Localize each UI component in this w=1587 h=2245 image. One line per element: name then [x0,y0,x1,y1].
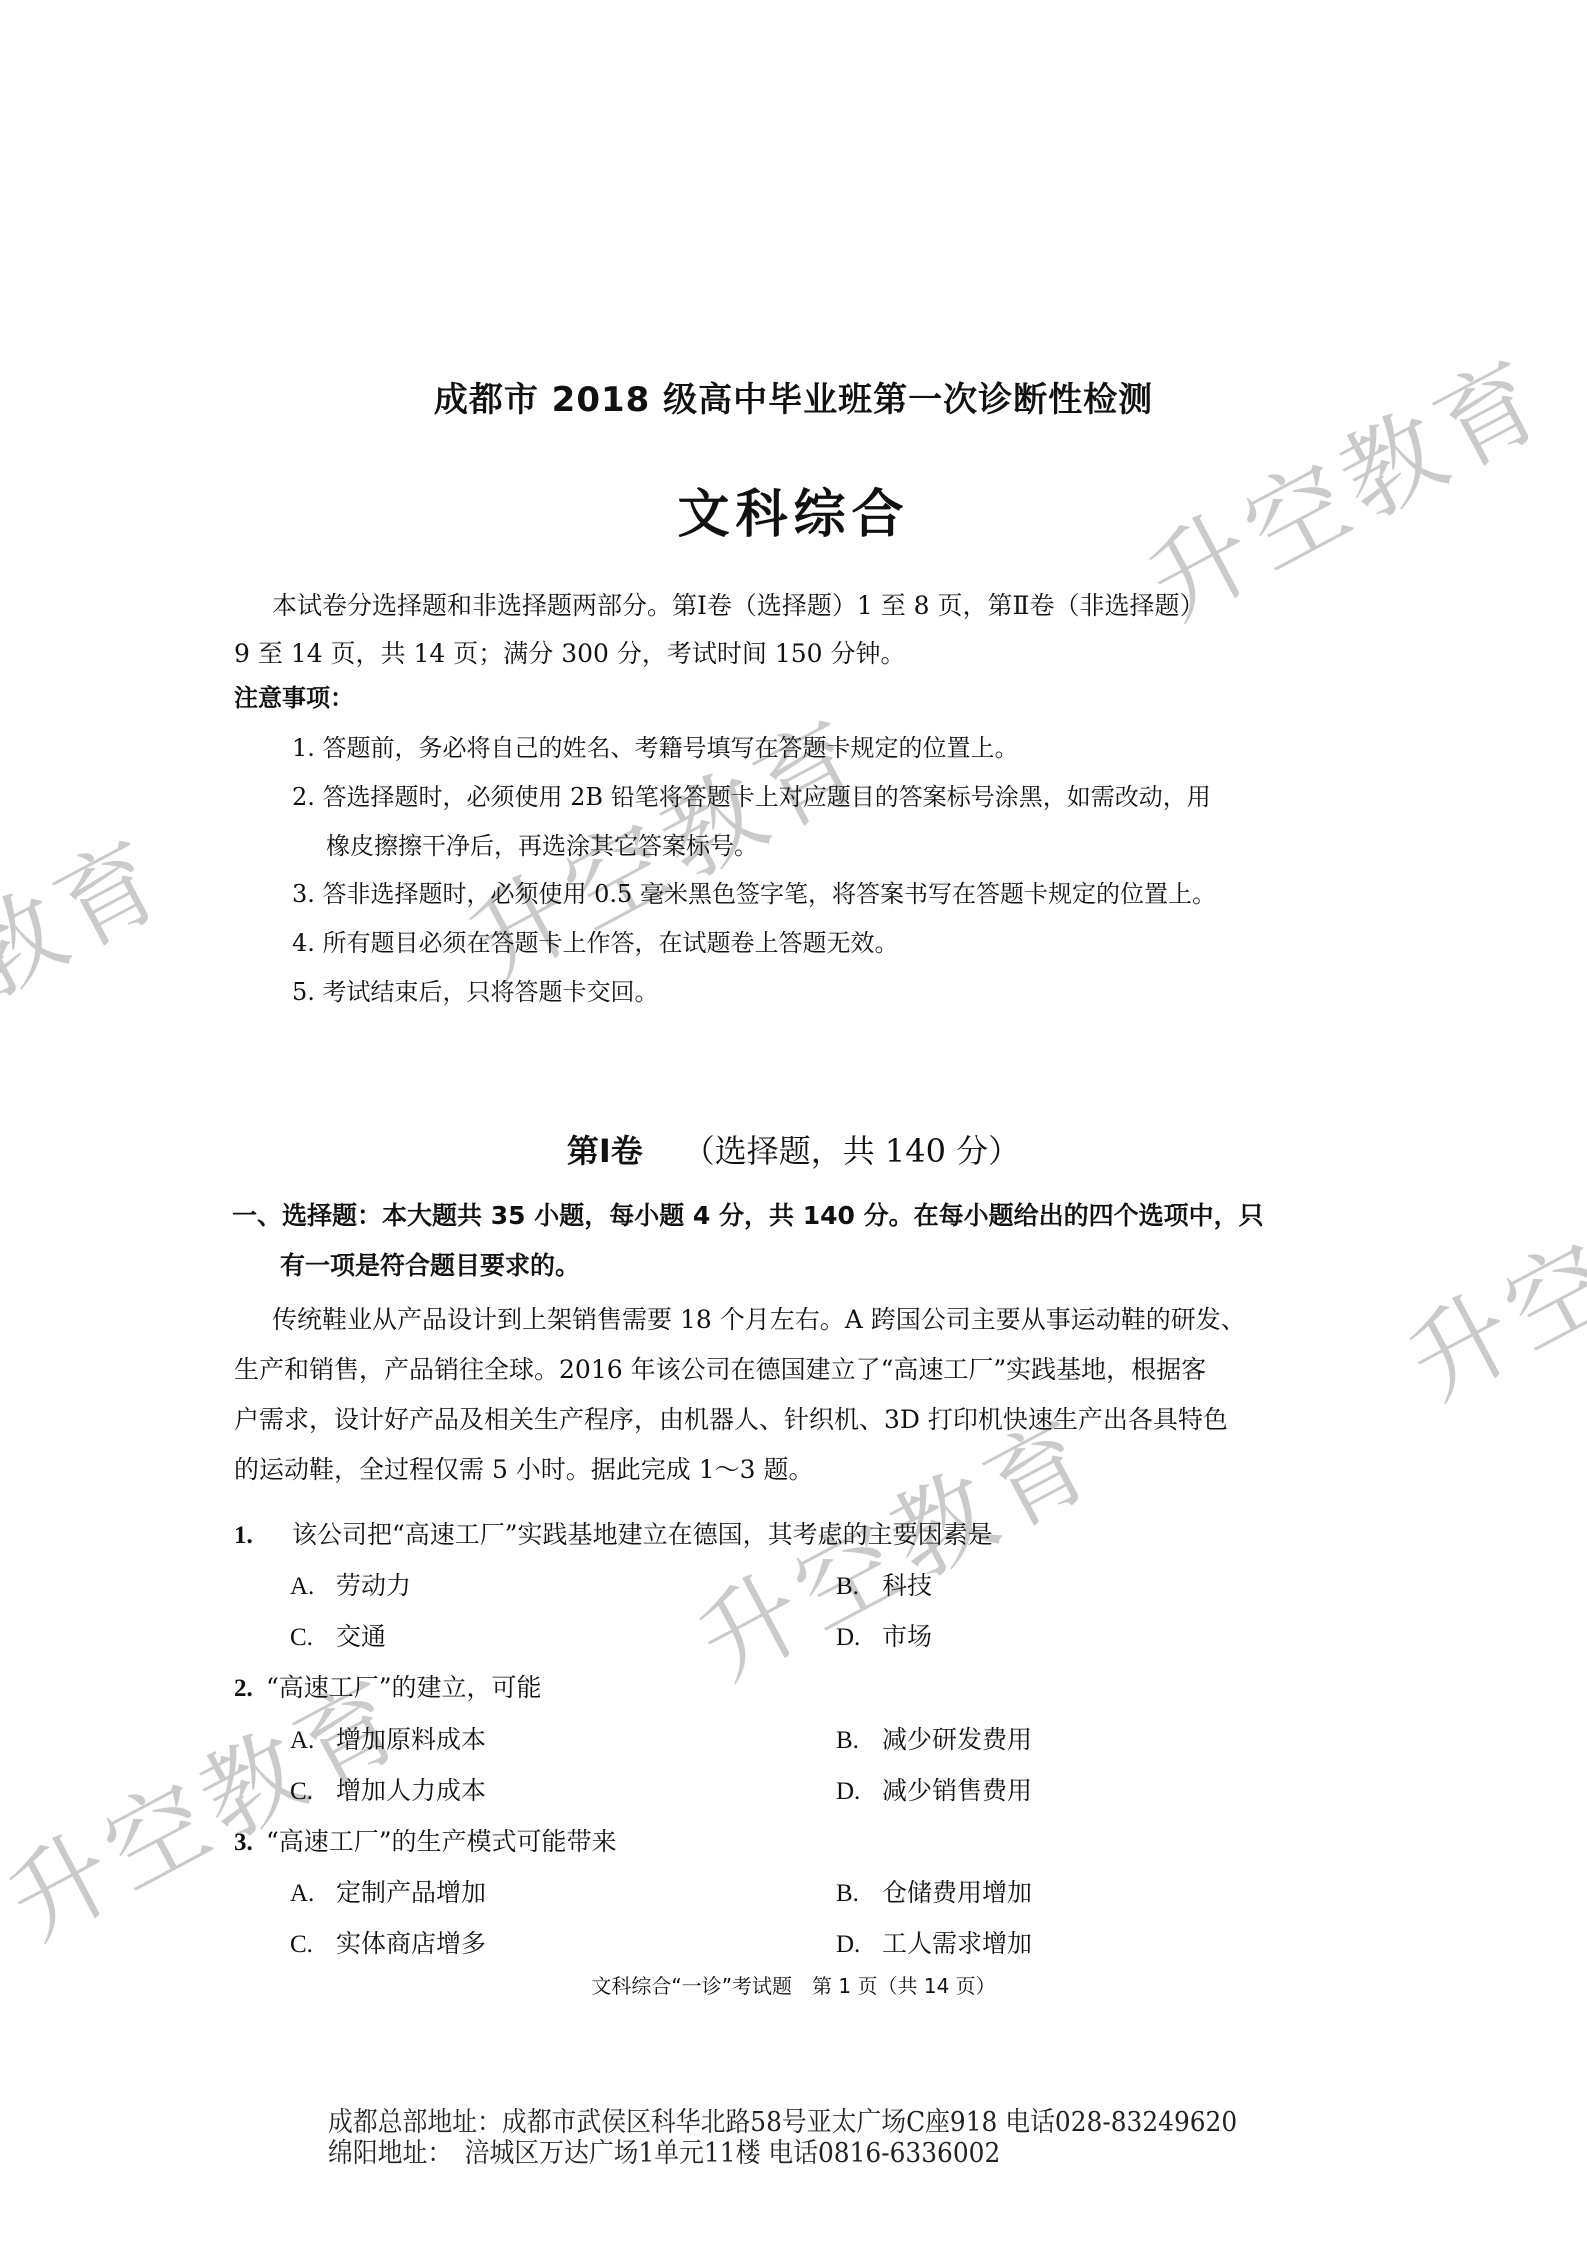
option-label: A. [290,1573,336,1601]
option-text: 增加人力成本 [336,1776,486,1805]
question-number: 3. [234,1829,266,1857]
option-label: C. [290,1931,336,1959]
option-text: 减少销售费用 [882,1776,1032,1805]
passage-line: 的运动鞋，全过程仅需 5 小时。据此完成 1～3 题。 [234,1450,814,1486]
option-label: A. [290,1727,336,1755]
question-1: 1.该公司把“高速工厂”实践基地建立在德国，其考虑的主要因素是 [234,1515,993,1551]
option-label: C. [290,1624,336,1652]
option-b[interactable]: B.减少研发费用 [836,1720,1032,1756]
exam-title: 文科综合 [0,472,1587,547]
notice-item: 5. 考试结束后，只将答题卡交回。 [292,972,659,1007]
notice-heading: 注意事项： [234,678,354,713]
passage-line: 生产和销售，产品销往全球。2016 年该公司在德国建立了“高速工厂”实践基地，根… [234,1350,1206,1386]
notice-item: 2. 答选择题时，必须使用 2B 铅笔将答题卡上对应题目的答案标号涂黑，如需改动… [292,777,1211,812]
option-label: D. [836,1778,882,1806]
exam-subtitle: 成都市 2018 级高中毕业班第一次诊断性检测 [0,372,1587,421]
option-text: 实体商店增多 [336,1929,486,1958]
option-label: C. [290,1778,336,1806]
section-instruction-continuation: 有一项是符合题目要求的。 [280,1246,580,1282]
option-c[interactable]: C.实体商店增多 [290,1924,486,1960]
intro-line-2: 9 至 14 页，共 14 页；满分 300 分，考试时间 150 分钟。 [234,630,906,678]
option-d[interactable]: D.工人需求增加 [836,1924,1032,1960]
notice-item: 1. 答题前，务必将自己的姓名、考籍号填写在答题卡规定的位置上。 [292,728,1019,763]
exam-page: 升空教育 升空教育 升空教育 升空教育 升空教育 升空教育 成都市 2018 级… [0,0,1587,2245]
watermark: 升空教育 [0,797,189,1127]
passage-line: 传统鞋业从产品设计到上架销售需要 18 个月左右。A 跨国公司主要从事运动鞋的研… [272,1300,1246,1336]
section-instruction: 一、选择题：本大题共 35 小题，每小题 4 分，共 140 分。在每小题给出的… [232,1196,1264,1232]
question-2: 2.“高速工厂”的建立，可能 [234,1668,542,1704]
option-text: 科技 [882,1571,932,1600]
option-label: B. [836,1880,882,1908]
section-title-rest: （选择题，共 140 分） [683,1132,1020,1170]
option-label: D. [836,1931,882,1959]
question-stem: “高速工厂”的生产模式可能带来 [266,1827,617,1856]
section-title-bold: 第Ⅰ卷 [567,1132,643,1170]
option-d[interactable]: D.减少销售费用 [836,1771,1032,1807]
question-number: 2. [234,1675,266,1703]
option-text: 仓储费用增加 [882,1878,1032,1907]
option-label: B. [836,1727,882,1755]
notice-item: 4. 所有题目必须在答题卡上作答，在试题卷上答题无效。 [292,923,899,958]
page-footer: 文科综合“一诊”考试题 第 1 页（共 14 页） [0,1970,1587,1999]
option-a[interactable]: A.定制产品增加 [290,1873,486,1909]
question-stem: 该公司把“高速工厂”实践基地建立在德国，其考虑的主要因素是 [292,1520,993,1549]
notice-item-continuation: 橡皮擦擦干净后，再选涂其它答案标号。 [326,826,758,861]
option-text: 增加原料成本 [336,1725,486,1754]
option-text: 市场 [882,1622,932,1651]
section-title: 第Ⅰ卷（选择题，共 140 分） [0,1126,1587,1172]
option-label: D. [836,1624,882,1652]
option-text: 交通 [336,1622,386,1651]
question-3: 3.“高速工厂”的生产模式可能带来 [234,1822,617,1858]
intro-line-1: 本试卷分选择题和非选择题两部分。第Ⅰ卷（选择题）1 至 8 页，第Ⅱ卷（非选择题… [272,582,1205,630]
question-stem: “高速工厂”的建立，可能 [266,1673,542,1702]
option-label: A. [290,1880,336,1908]
address-mianyang: 绵阳地址： 涪城区万达广场1单元11楼 电话0816-6336002 [328,2131,1000,2170]
option-c[interactable]: C.增加人力成本 [290,1771,486,1807]
passage-line: 户需求，设计好产品及相关生产程序，由机器人、针织机、3D 打印机快速生产出各具特… [234,1400,1228,1436]
option-label: B. [836,1573,882,1601]
option-c[interactable]: C.交通 [290,1617,386,1653]
option-b[interactable]: B.科技 [836,1566,932,1602]
option-a[interactable]: A.劳动力 [290,1566,411,1602]
option-a[interactable]: A.增加原料成本 [290,1720,486,1756]
option-text: 减少研发费用 [882,1725,1032,1754]
question-number: 1. [234,1522,292,1550]
option-text: 定制产品增加 [336,1878,486,1907]
option-text: 劳动力 [336,1571,411,1600]
option-d[interactable]: D.市场 [836,1617,932,1653]
notice-item: 3. 答非选择题时，必须使用 0.5 毫米黑色签字笔，将答案书写在答题卡规定的位… [292,874,1216,909]
option-b[interactable]: B.仓储费用增加 [836,1873,1032,1909]
option-text: 工人需求增加 [882,1929,1032,1958]
